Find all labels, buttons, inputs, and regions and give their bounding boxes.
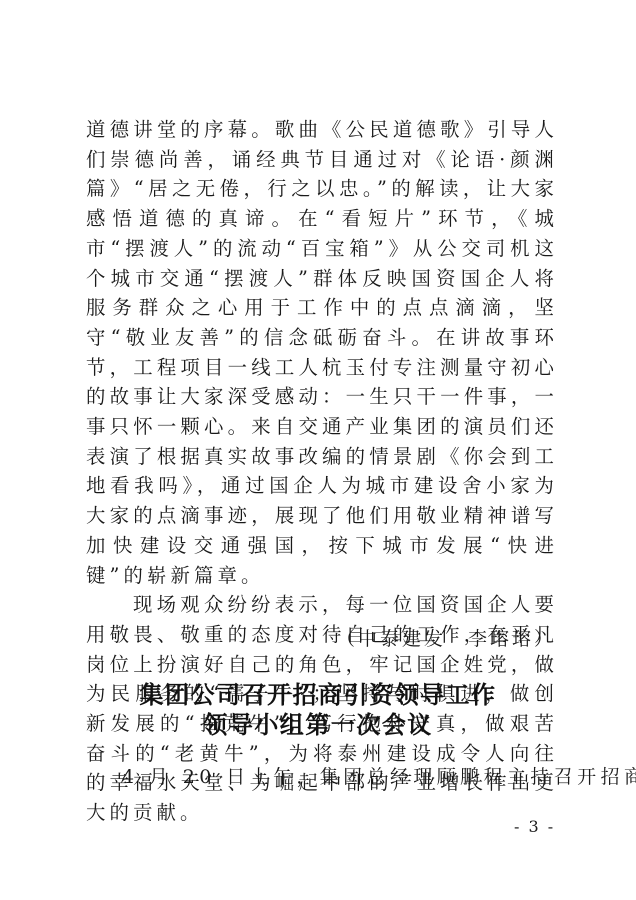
document-page: 道德讲堂的序幕。歌曲《公民道德歌》引导人们崇德尚善，诵经典节目通过对《论语·颜渊… <box>0 0 636 900</box>
byline: （中泰建发 李瑢瑢） <box>336 624 556 651</box>
lead-paragraph: 4 月 20 日上午，集团总经理顾鹏程主持召开招商引资工作 <box>86 762 561 789</box>
paragraph-1: 道德讲堂的序幕。歌曲《公民道德歌》引导人们崇德尚善，诵经典节目通过对《论语·颜渊… <box>86 115 558 590</box>
article-title-line-2: 领导小组第一次会议 <box>0 710 636 740</box>
article-title-line-1: 集团公司召开招商引资领导工作 <box>0 680 636 710</box>
page-number: - 3 - <box>514 817 555 836</box>
article-title: 集团公司召开招商引资领导工作 领导小组第一次会议 <box>0 680 636 740</box>
